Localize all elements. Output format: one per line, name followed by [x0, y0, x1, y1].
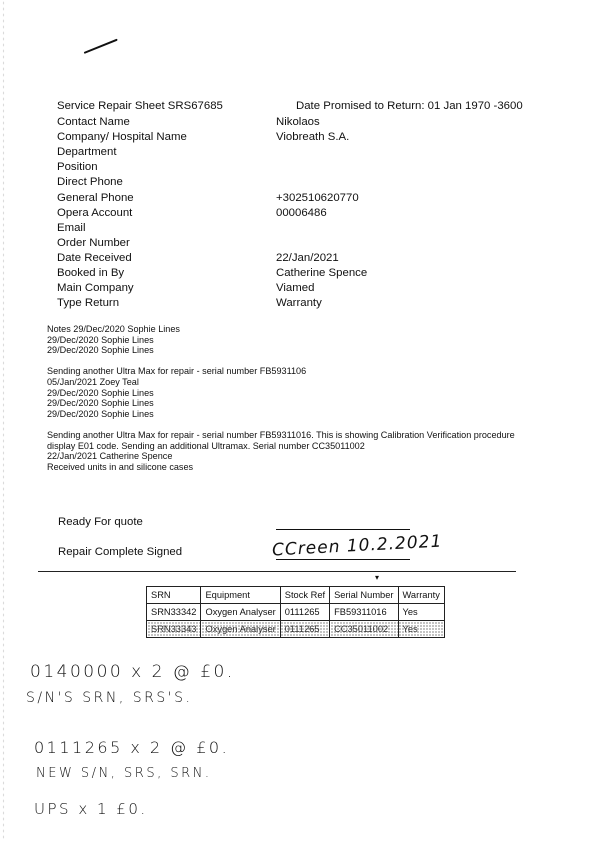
pen-stroke-mark [84, 39, 118, 54]
note-line: Received units in and silicone cases [47, 462, 607, 473]
scan-artifact: ▾ [375, 573, 379, 582]
field-label: Order Number [57, 236, 130, 251]
col-stock-ref: Stock Ref [280, 587, 329, 604]
field-value: Warranty [276, 296, 322, 311]
col-equipment: Equipment [201, 587, 280, 604]
cell-stock-ref: 0111265 [280, 604, 329, 621]
note-line: 29/Dec/2020 Sophie Lines [47, 345, 607, 356]
cell-srn: SRN33342 [147, 604, 201, 621]
field-label: Department [57, 145, 117, 160]
field-label: Booked in By [57, 266, 124, 281]
cell-stock-ref: 0111265 [280, 621, 329, 638]
field-label: Contact Name [57, 115, 130, 130]
note-line: Notes 29/Dec/2020 Sophie Lines [47, 324, 607, 335]
table-row: SRN33342 Oxygen Analyser 0111265 FB59311… [147, 604, 445, 621]
field-label: General Phone [57, 191, 134, 206]
field-value: Viobreath S.A. [276, 130, 349, 145]
cell-serial-number: FB59311016 [330, 604, 398, 621]
scanned-document-page: Service Repair Sheet SRS67685 Date Promi… [0, 0, 610, 841]
note-line: 29/Dec/2020 Sophie Lines [47, 335, 607, 346]
field-label: Date Received [57, 251, 132, 266]
field-value: +302510620770 [276, 191, 359, 206]
field-label: Email [57, 221, 85, 236]
handwritten-note: NEW S/N, SRS, SRN. [36, 766, 212, 781]
note-line: 29/Dec/2020 Sophie Lines [47, 388, 607, 399]
note-line: display E01 code. Sending an additional … [47, 441, 607, 452]
handwritten-note: 0111265 x 2 @ £0. [34, 738, 229, 757]
col-srn: SRN [147, 587, 201, 604]
repair-complete-signature: CCreen 10.2.2021 [272, 532, 443, 561]
field-value: Viamed [276, 281, 314, 296]
notes-section: Notes 29/Dec/2020 Sophie Lines29/Dec/202… [47, 324, 607, 472]
field-label: Position [57, 160, 98, 175]
ready-for-quote-line [276, 529, 410, 530]
table-row: SRN33343 Oxygen Analyser 0111265 CC35011… [147, 621, 445, 638]
items-table: SRN Equipment Stock Ref Serial Number Wa… [146, 586, 445, 638]
scan-noise-edge [2, 0, 5, 841]
repair-complete-label: Repair Complete Signed [58, 546, 182, 558]
section-divider [38, 571, 516, 572]
field-value: Catherine Spence [276, 266, 367, 281]
field-label: Company/ Hospital Name [57, 130, 187, 145]
col-warranty: Warranty [398, 587, 444, 604]
notes-block-3: Sending another Ultra Max for repair - s… [47, 430, 607, 472]
note-line: Sending another Ultra Max for repair - s… [47, 366, 607, 377]
cell-equipment: Oxygen Analyser [201, 604, 280, 621]
field-label: Type Return [57, 296, 119, 311]
notes-block-1: Notes 29/Dec/2020 Sophie Lines29/Dec/202… [47, 324, 607, 356]
date-promised: Date Promised to Return: 01 Jan 1970 -36… [296, 100, 523, 112]
ready-for-quote-label: Ready For quote [58, 516, 143, 528]
cell-equipment: Oxygen Analyser [201, 621, 280, 638]
field-label: Main Company [57, 281, 134, 296]
field-label: Direct Phone [57, 175, 123, 190]
cell-warranty: Yes [398, 604, 444, 621]
cell-srn: SRN33343 [147, 621, 201, 638]
note-line: Sending another Ultra Max for repair - s… [47, 430, 607, 441]
handwritten-note: UPS x 1 £0. [34, 800, 148, 818]
field-value: 00006486 [276, 206, 327, 221]
note-line: 29/Dec/2020 Sophie Lines [47, 398, 607, 409]
cell-serial-number: CC35011002 [330, 621, 398, 638]
field-value: 22/Jan/2021 [276, 251, 339, 266]
note-line: 05/Jan/2021 Zoey Teal [47, 377, 607, 388]
field-value: Nikolaos [276, 115, 320, 130]
note-line: 22/Jan/2021 Catherine Spence [47, 451, 607, 462]
notes-block-2: Sending another Ultra Max for repair - s… [47, 366, 607, 419]
cell-warranty: Yes [398, 621, 444, 638]
handwritten-note: 0140000 x 2 @ £0. [30, 662, 235, 682]
field-label: Opera Account [57, 206, 132, 221]
handwritten-note: S/N'S SRN, SRS'S. [26, 690, 192, 706]
items-table-header: SRN Equipment Stock Ref Serial Number Wa… [147, 587, 445, 604]
col-serial-number: Serial Number [330, 587, 398, 604]
note-line: 29/Dec/2020 Sophie Lines [47, 409, 607, 420]
sheet-title: Service Repair Sheet SRS67685 [57, 100, 223, 112]
repair-complete-line [276, 559, 410, 560]
